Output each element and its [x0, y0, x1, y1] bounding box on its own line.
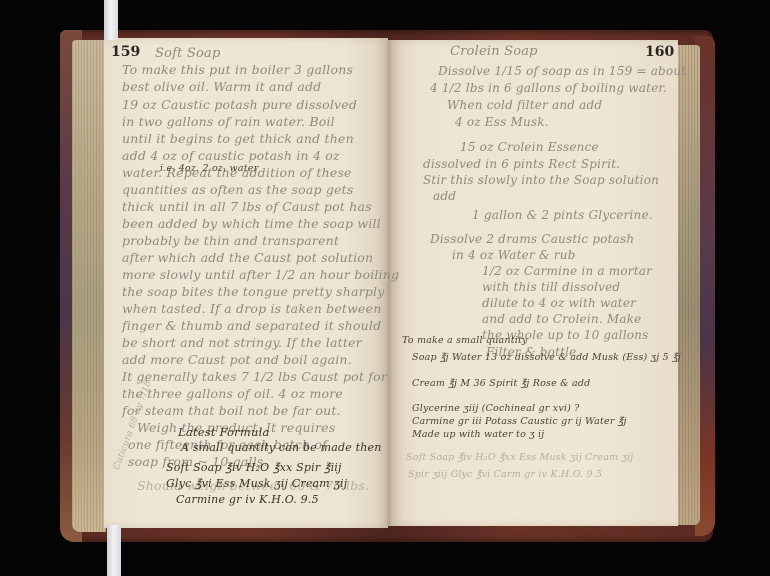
latest-formula-line: Soft Soap ℥iv H₂O ℥xx Spir ℥iij	[166, 461, 342, 474]
book-gutter	[386, 40, 392, 526]
right-line: 4 oz Ess Musk.	[455, 115, 549, 129]
right-line: When cold filter and add	[447, 98, 602, 112]
right-line: in 4 oz Water & rub	[452, 248, 576, 262]
left-line: best olive oil. Warm it and add	[122, 79, 321, 94]
left-page-title: Soft Soap	[155, 46, 221, 61]
right-line: Stir this slowly into the Soap solution	[423, 173, 659, 187]
faint-line: Spir ʒiij Glyc ℥vi Carm gr iv K.H.O. 9.5	[408, 469, 602, 480]
right-page-edges	[676, 45, 700, 525]
left-line: probably be thin and transparent	[122, 233, 339, 248]
right-line: and add to Crolein. Make	[482, 312, 641, 326]
left-line: in two gallons of rain water. Boil	[122, 114, 335, 129]
notebook-photo: 159 160 Soft Soap To make this put in bo…	[0, 0, 770, 576]
right-line: 1 gallon & 2 pints Glycerine.	[472, 208, 653, 222]
left-line: until it begins to get thick and then	[122, 131, 354, 146]
latest-formula-subheading: A small quantity can be made then	[181, 441, 382, 454]
left-line: quantities as often as the soap gets	[122, 182, 354, 197]
right-page-title: Crolein Soap	[450, 44, 538, 59]
right-line: with this till dissolved	[482, 280, 620, 294]
latest-formula-heading: Latest Formula	[178, 425, 270, 439]
page-number-left: 159	[111, 44, 140, 60]
left-page-edges	[72, 40, 106, 532]
faint-line: Soft Soap ℥iv H₂O ℥xx Ess Musk ʒij Cream…	[406, 452, 633, 463]
left-line: be short and not stringy. If the latter	[122, 335, 362, 350]
latest-formula-line: Glyc ℥vi Ess Musk ʒij Cream ʒij	[166, 477, 347, 490]
right-line: 1/2 oz Carmine in a mortar	[482, 264, 652, 278]
small-quantity-line: Cream ℥j M 36 Spirit ℥j Rose & add	[412, 378, 590, 389]
right-line: dissolved in 6 pints Rect Spirit.	[423, 157, 620, 171]
small-quantity-heading: To make a small quantity	[402, 335, 528, 346]
left-line: more slowly until after 1/2 an hour boil…	[122, 267, 399, 282]
left-line: when tasted. If a drop is taken between	[122, 301, 382, 316]
bookmark-ribbon-bottom	[107, 525, 121, 576]
left-line: been added by which time the soap will	[122, 216, 381, 231]
left-line: for steam that boil not be far out.	[122, 403, 341, 418]
right-line: 15 oz Crolein Essence	[460, 140, 599, 154]
left-line: 19 oz Caustic potash pure dissolved	[122, 97, 357, 112]
bookmark-ribbon-top	[104, 0, 118, 40]
left-line: after which add the Caust pot solution	[122, 250, 373, 265]
interlinear-note: i.e. 4oz. 2 oz. water	[160, 163, 258, 174]
left-line: thick until in all 7 lbs of Caust pot ha…	[122, 199, 372, 214]
left-line: finger & thumb and separated it should	[122, 318, 381, 333]
small-quantity-line: Soap ℥j Water 13 oz dissolve & add Musk …	[412, 352, 681, 363]
right-line: Dissolve 1/15 of soap as in 159 = about	[438, 64, 686, 78]
left-line: the three gallons of oil. 4 oz more	[122, 386, 343, 401]
left-line: the soap bites the tongue pretty sharply	[122, 284, 385, 299]
small-quantity-line: Glycerine ʒiij (Cochineal gr xvi) ?	[412, 403, 580, 414]
page-number-right: 160	[645, 44, 674, 60]
left-line: To make this put in boiler 3 gallons	[122, 62, 353, 77]
small-quantity-line: Made up with water to ʒ ij	[412, 429, 544, 440]
latest-formula-line: Carmine gr iv K.H.O. 9.5	[176, 493, 319, 506]
right-line: add	[433, 189, 456, 203]
left-line: add more Caust pot and boil again.	[122, 352, 352, 367]
right-line: 4 1/2 lbs in 6 gallons of boiling water.	[430, 81, 667, 95]
left-line: add 4 oz of caustic potash in 4 oz	[122, 148, 340, 163]
right-line: Dissolve 2 drams Caustic potash	[430, 232, 634, 246]
left-line: It generally takes 7 1/2 lbs Caust pot f…	[122, 369, 387, 384]
small-quantity-line: Carmine gr iii Potass Caustic gr ij Wate…	[412, 416, 627, 427]
right-line: dilute to 4 oz with water	[482, 296, 636, 310]
